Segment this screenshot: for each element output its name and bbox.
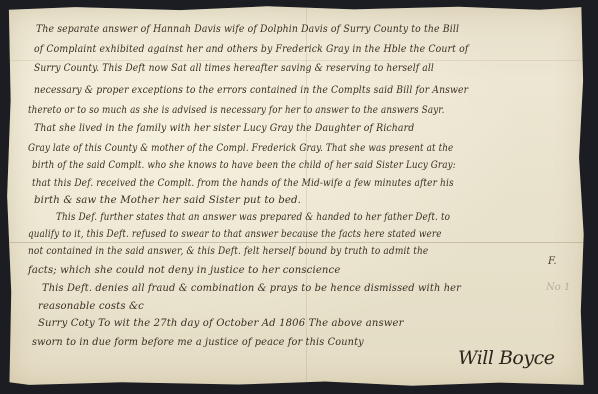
document-line: reasonable costs &c: [38, 300, 144, 312]
document-line: that this Def. received the Complt. from…: [32, 177, 454, 189]
paper-fold-line: [6, 242, 586, 243]
margin-mark: F.: [548, 256, 557, 267]
document-line: birth & saw the Mother her said Sister p…: [34, 194, 301, 206]
manuscript-page: The separate answer of Hannah Davis wife…: [6, 4, 586, 388]
document-line: sworn to in due form before me a justice…: [32, 336, 364, 348]
document-line: That she lived in the family with her si…: [34, 122, 414, 134]
document-line: Gray late of this County & mother of the…: [28, 142, 453, 154]
document-line: The separate answer of Hannah Davis wife…: [36, 23, 459, 35]
document-line: Surry County. This Deft now Sat all time…: [34, 62, 434, 74]
document-line: not contained in the said answer, & this…: [28, 245, 428, 257]
document-line: necessary & proper exceptions to the err…: [34, 84, 468, 96]
document-line: thereto or to so much as she is advised …: [28, 104, 445, 116]
document-line: Surry Coty To wit the 27th day of Octobe…: [38, 317, 404, 329]
document-line: facts; which she could not deny in justi…: [28, 264, 340, 276]
document-line: birth of the said Complt. who she knows …: [32, 159, 456, 171]
faint-pencil-mark: No 1: [546, 282, 570, 293]
signature: Will Boyce: [458, 347, 555, 369]
document-line: This Deft. denies all fraud & combinatio…: [42, 282, 461, 294]
document-line: This Def. further states that an answer …: [56, 211, 450, 223]
paper-fold-line: [6, 60, 586, 61]
document-line: qualify to it, this Deft. refused to swe…: [28, 228, 442, 240]
document-line: of Complaint exhibited against her and o…: [34, 43, 468, 55]
